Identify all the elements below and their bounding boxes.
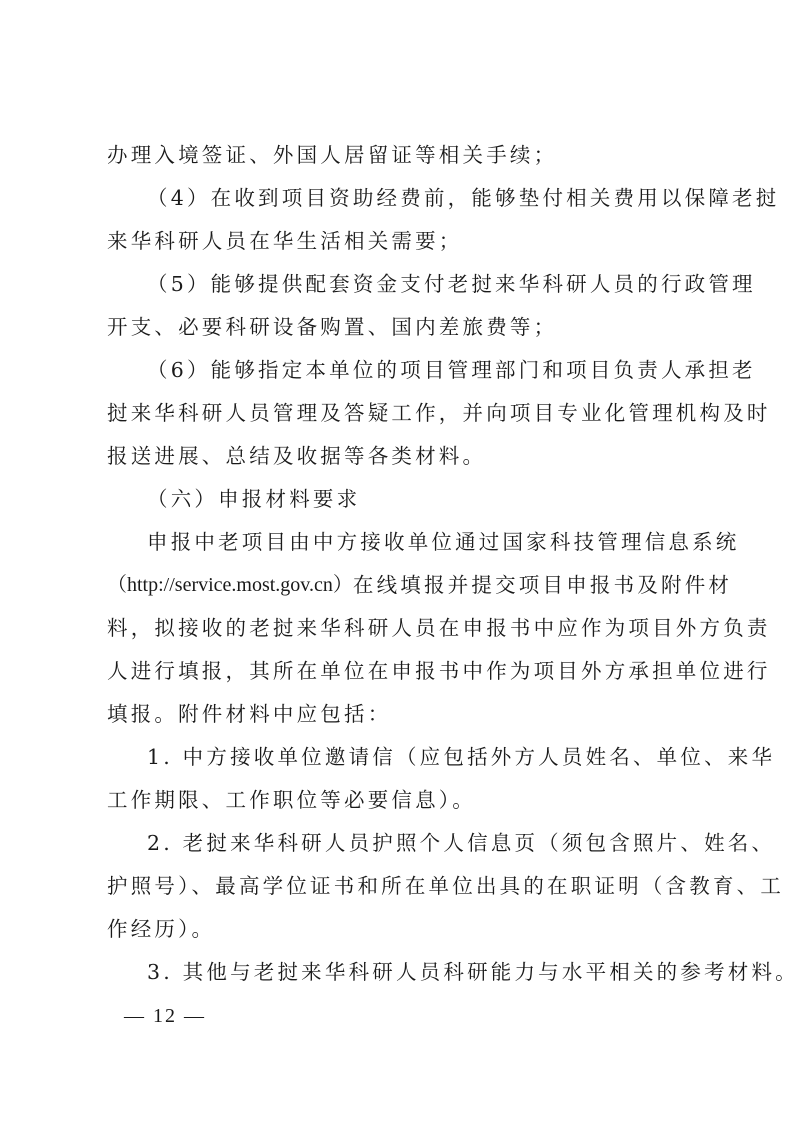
paragraph-line-text: 在线填报并提交项目申报书及附件材 <box>353 573 732 597</box>
paragraph-line: 填报。附件材料中应包括： <box>107 702 691 726</box>
paragraph-line: 报送进展、总结及收据等各类材料。 <box>107 444 691 468</box>
system-url-link[interactable]: （http://service.most.gov.cn） <box>107 573 353 597</box>
paragraph-line: （5）能够提供配套资金支付老挝来华科研人员的行政管理 <box>147 272 691 296</box>
paragraph-line: （6）能够指定本单位的项目管理部门和项目负责人承担老 <box>147 358 691 382</box>
paragraph-line: 开支、必要科研设备购置、国内差旅费等； <box>107 315 691 339</box>
paragraph-line: 挝来华科研人员管理及答疑工作，并向项目专业化管理机构及时 <box>107 401 691 425</box>
list-item-line: 3. 其他与老挝来华科研人员科研能力与水平相关的参考材料。 <box>147 960 691 984</box>
list-item-line: 护照号）、最高学位证书和所在单位出具的在职证明（含教育、工 <box>107 874 691 898</box>
paragraph-line: 来华科研人员在华生活相关需要； <box>107 229 691 253</box>
paragraph-line: 申报中老项目由中方接收单位通过国家科技管理信息系统 <box>147 530 691 554</box>
list-item-line: 工作期限、工作职位等必要信息）。 <box>107 788 691 812</box>
paragraph-line: 人进行填报，其所在单位在申报书中作为项目外方承担单位进行 <box>107 659 691 683</box>
section-heading: （六）申报材料要求 <box>147 487 691 511</box>
paragraph-line: 料，拟接收的老挝来华科研人员在申报书中应作为项目外方负责 <box>107 616 691 640</box>
list-item-line: 作经历）。 <box>107 917 691 941</box>
paragraph-line: 办理入境签证、外国人居留证等相关手续； <box>107 143 691 167</box>
paragraph-line: （http://service.most.gov.cn） 在线填报并提交项目申报… <box>107 573 691 597</box>
list-item-line: 2. 老挝来华科研人员护照个人信息页（须包含照片、姓名、 <box>147 831 691 855</box>
document-page: 办理入境签证、外国人居留证等相关手续； （4）在收到项目资助经费前，能够垫付相关… <box>0 0 794 1123</box>
page-number: — 12 — <box>124 1005 206 1028</box>
list-item-line: 1. 中方接收单位邀请信（应包括外方人员姓名、单位、来华 <box>147 745 691 769</box>
paragraph-line: （4）在收到项目资助经费前，能够垫付相关费用以保障老挝 <box>147 186 691 210</box>
